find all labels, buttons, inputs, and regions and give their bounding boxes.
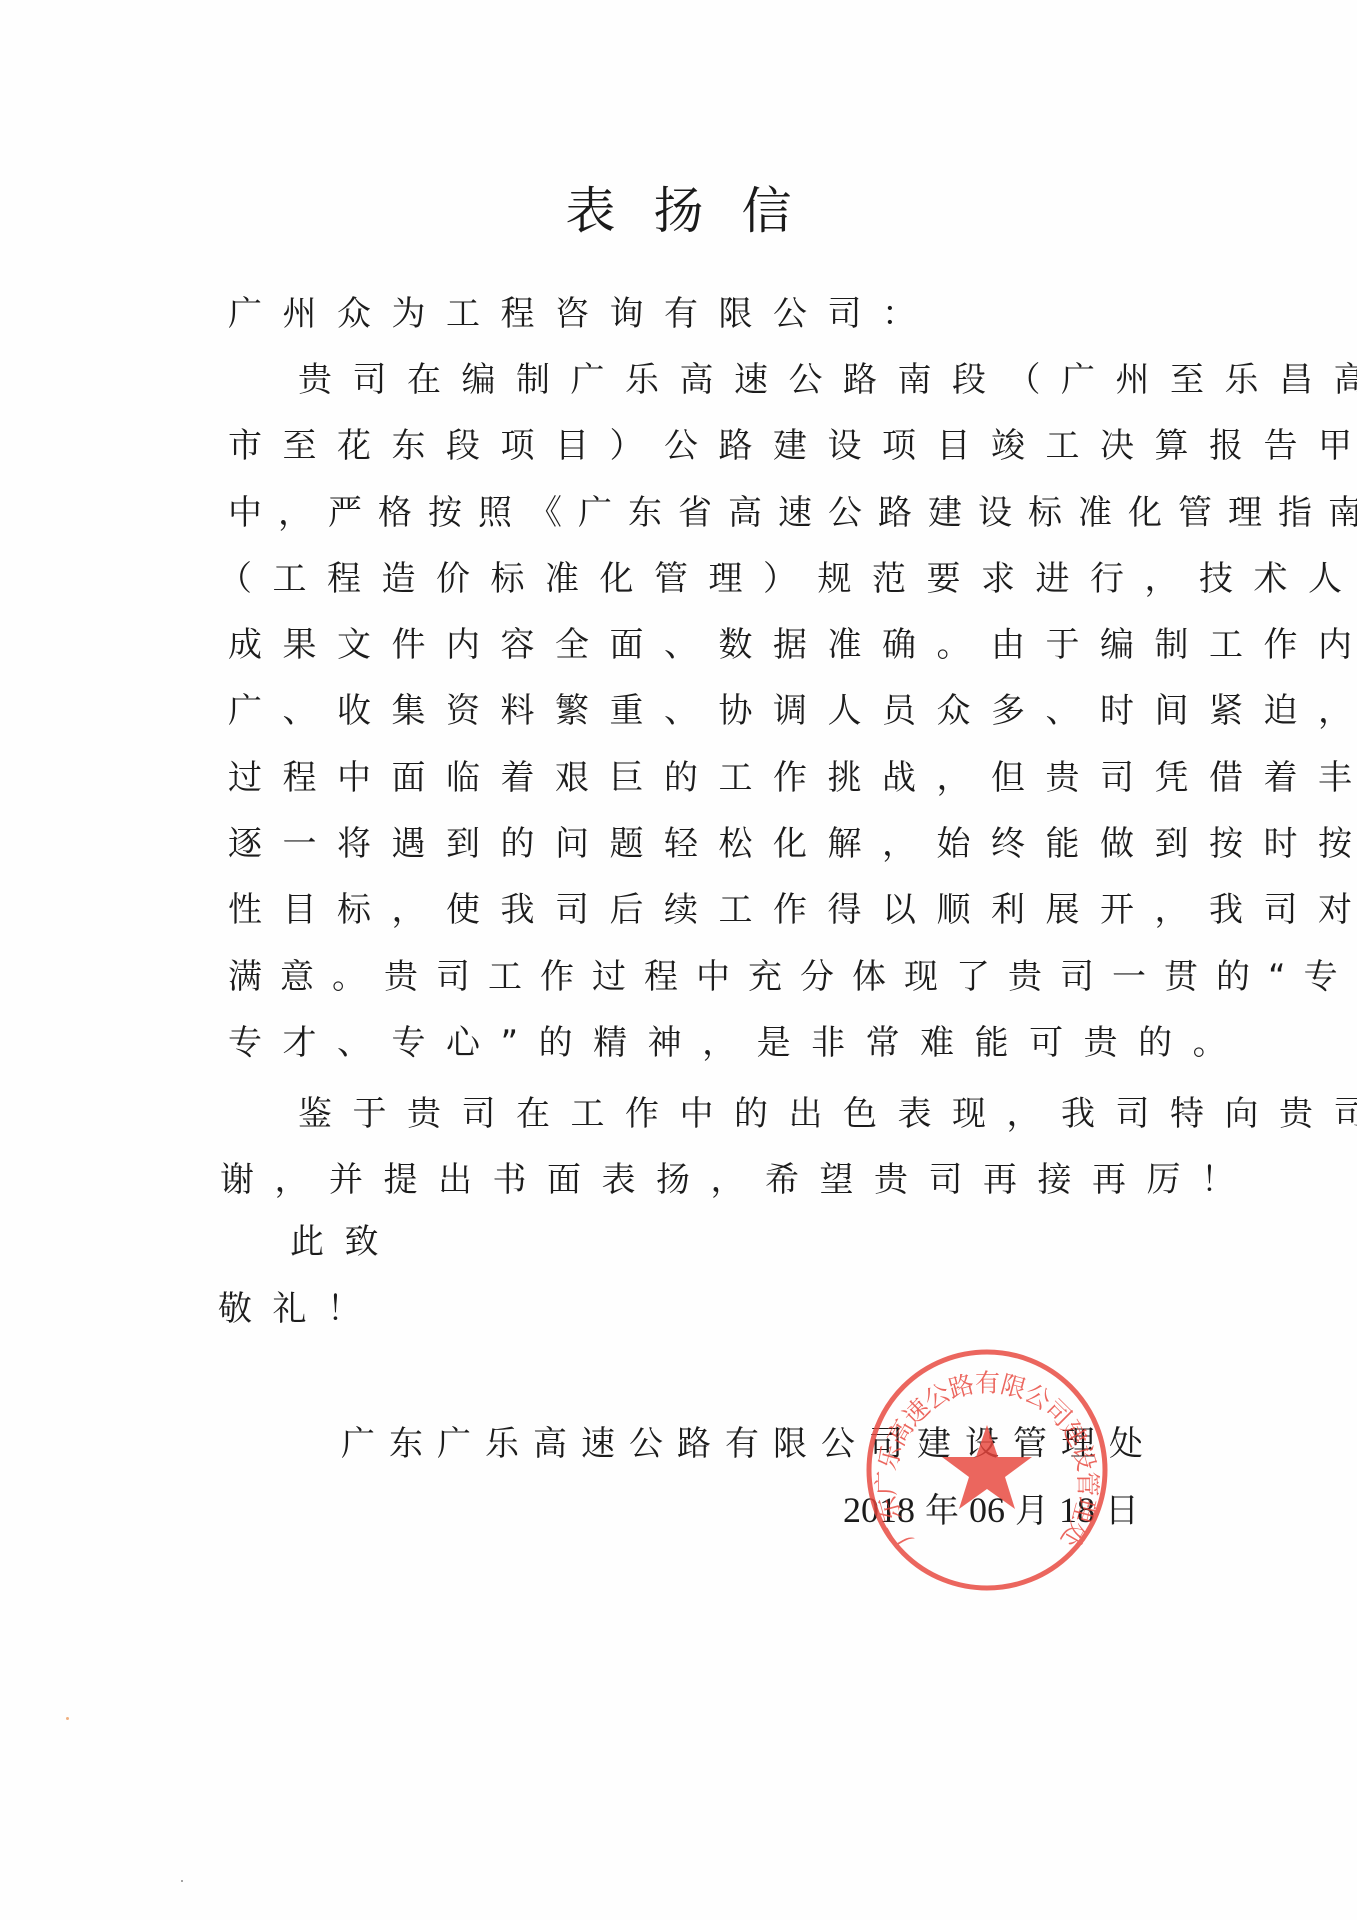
paragraph-line: 满意。贵司工作过程中充分体现了贵司一贯的“专注、专业、 bbox=[228, 944, 1168, 1010]
paragraph-line: 贵司在编制广乐高速公路南段（广州至乐昌高速公路樟 bbox=[228, 347, 1168, 413]
date-day: 18 bbox=[1059, 1490, 1095, 1530]
paragraph-line: 谢，并提出书面表扬，希望贵司再接再厉！ bbox=[220, 1147, 1168, 1213]
paragraph-line: 专才、专心”的精神，是非常难能可贵的。 bbox=[228, 1010, 1168, 1076]
signature-date: 2018年06月18日 bbox=[843, 1483, 1149, 1532]
paragraph-line: 逐一将遇到的问题轻松化解，始终能做到按时按质完成阶段 bbox=[228, 811, 1168, 877]
paragraph-line: 鉴于贵司在工作中的出色表现，我司特向贵司表示感 bbox=[228, 1081, 1168, 1147]
date-day-unit: 日 bbox=[1095, 1491, 1149, 1531]
signature-org: 广东广乐高速公路有限公司建设管理处 bbox=[341, 1416, 1157, 1465]
letter-page: 表扬信 广州众为工程咨询有限公司： 贵司在编制广乐高速公路南段（广州至乐昌高速公… bbox=[0, 0, 1357, 1920]
paragraph-line: 过程中面临着艰巨的工作挑战，但贵司凭借着丰富的经验， bbox=[228, 745, 1168, 811]
paragraph-line: 成果文件内容全面、数据准确。由于编制工作内容涉及范围 bbox=[228, 612, 1168, 678]
salutation: 广州众为工程咨询有限公司： bbox=[228, 281, 1168, 347]
seal-icon: 广东广乐高速公路有限公司建设管理处 bbox=[864, 1347, 1110, 1593]
scan-speck bbox=[66, 1717, 69, 1720]
paragraph-line: （工程造价标准化管理）规范要求进行，技术人员态度积极， bbox=[218, 546, 1168, 612]
scan-speck bbox=[181, 1880, 183, 1882]
paragraph-2: 鉴于贵司在工作中的出色表现，我司特向贵司表示感 谢，并提出书面表扬，希望贵司再接… bbox=[228, 1081, 1168, 1214]
salutation-text: 广州众为工程咨询有限公司： bbox=[228, 281, 1168, 347]
letter-title: 表扬信 bbox=[0, 186, 1357, 236]
paragraph-line: 市至花东段项目）公路建设项目竣工决算报告甲组文件过程 bbox=[228, 413, 1168, 479]
official-seal: 广东广乐高速公路有限公司建设管理处 bbox=[864, 1347, 1110, 1593]
date-month: 06 bbox=[969, 1490, 1005, 1530]
closing-cizhi: 此致 bbox=[290, 1214, 399, 1263]
paragraph-1: 贵司在编制广乐高速公路南段（广州至乐昌高速公路樟 市至花东段项目）公路建设项目竣… bbox=[228, 347, 1168, 1076]
closing-jingli: 敬礼！ bbox=[218, 1281, 382, 1330]
paragraph-line: 性目标，使我司后续工作得以顺利展开，我司对此感到非常 bbox=[228, 877, 1168, 943]
paragraph-line: 中，严格按照《广东省高速公路建设标准化管理指南（试行）》 bbox=[228, 480, 1168, 546]
date-year: 2018 bbox=[843, 1490, 915, 1530]
paragraph-line: 广、收集资料繁重、协调人员众多、时间紧迫，贵司在工作 bbox=[228, 678, 1168, 744]
date-month-unit: 月 bbox=[1005, 1491, 1059, 1531]
date-year-unit: 年 bbox=[915, 1491, 969, 1531]
